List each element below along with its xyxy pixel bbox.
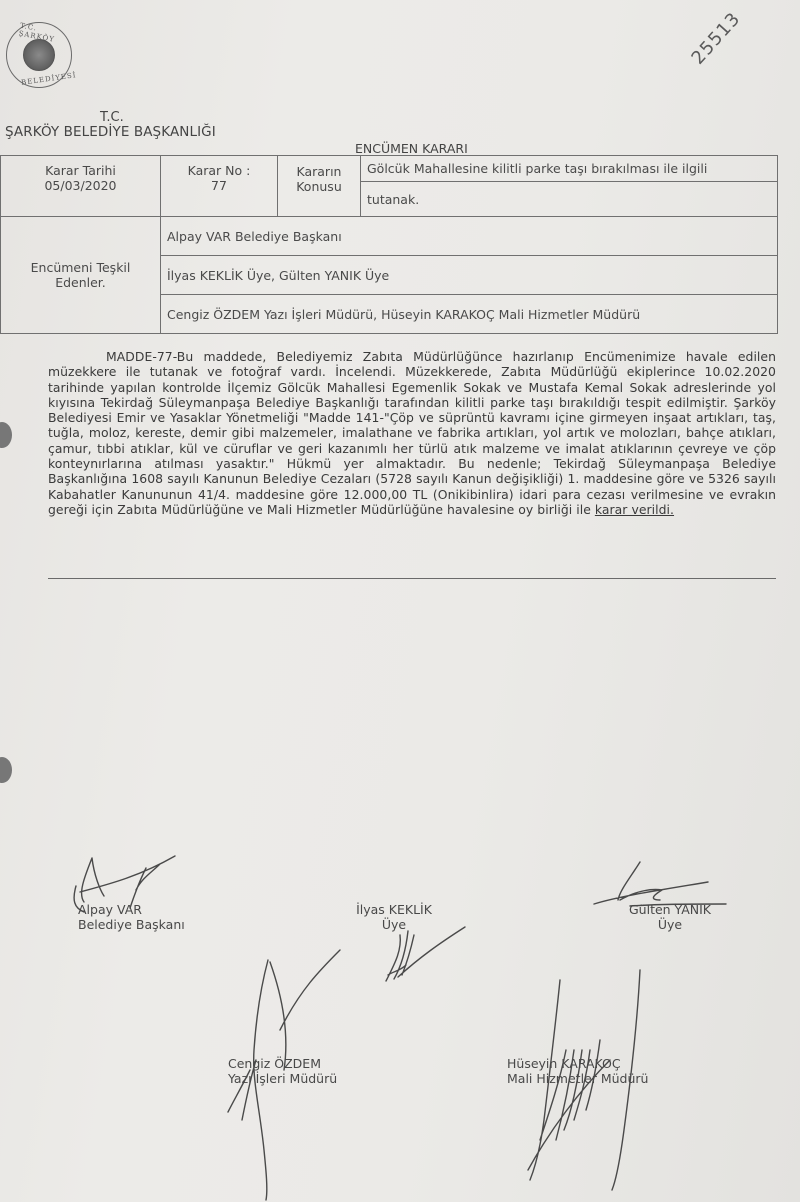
subject-line-1: Gölcük Mahallesine kilitli parke taşı bı… [361,156,778,182]
punch-hole [0,422,12,448]
decision-paragraph: MADDE-77-Bu maddede, Belediyemiz Zabıta … [48,349,776,517]
republic-label: T.C. [100,110,124,125]
signatory-title: Belediye Başkanı [78,917,185,932]
decision-body: MADDE-77-Bu maddede, Belediyemiz Zabıta … [48,349,776,517]
subject-label-line-1: Kararın [278,164,360,179]
council-label-line-2: Edenler. [1,275,160,290]
seal-emblem-icon [23,39,55,71]
decision-meta-table: Karar Tarihi 05/03/2020 Karar No : 77 Ka… [0,155,778,334]
council-member-row: Cengiz ÖZDEM Yazı İşleri Müdürü, Hüseyin… [161,295,778,334]
signatory-huseyin-karakoc: Hüseyin KARAKOÇ Mali Hizmetler Müdürü [507,1056,648,1086]
decision-date-label: Karar Tarihi [1,163,160,178]
signatory-alpay-var: Alpay VAR Belediye Başkanı [78,902,185,932]
decision-number-value: 77 [161,178,277,193]
signatory-gulten-yanik: Gülten YANIK Üye [610,902,730,932]
subject-line-2: tutanak. [361,182,778,217]
punch-hole [0,757,12,783]
decision-number-label: Karar No : [161,163,277,178]
signatory-name: Alpay VAR [78,902,185,917]
registry-number: 25513 [687,8,744,68]
council-member-row: İlyas KEKLİK Üye, Gülten YANIK Üye [161,256,778,295]
signatory-title: Üye [610,917,730,932]
signatory-name: İlyas KEKLİK [345,902,443,917]
subject-label-cell: Kararın Konusu [278,156,361,217]
signatory-name: Cengiz ÖZDEM [228,1056,337,1071]
signatory-cengiz-ozdem: Cengiz ÖZDEM Yazı İşleri Müdürü [228,1056,337,1086]
decision-number-cell: Karar No : 77 [161,156,278,217]
signatory-title: Yazı İşleri Müdürü [228,1071,337,1086]
decision-closing: karar verildi. [595,502,674,517]
seal-bottom-text: BELEDİYESİ [21,71,77,87]
document-type-title: ENCÜMEN KARARI [355,141,468,156]
signature-ilyas-keklik [380,925,470,985]
institution-title: ŞARKÖY BELEDİYE BAŞKANLIĞI [5,124,216,140]
signatory-title: Mali Hizmetler Müdürü [507,1071,648,1086]
council-member-row: Alpay VAR Belediye Başkanı [161,217,778,256]
council-label-line-1: Encümeni Teşkil [1,260,160,275]
decision-date-cell: Karar Tarihi 05/03/2020 [1,156,161,217]
decision-date-value: 05/03/2020 [1,178,160,193]
council-label-cell: Encümeni Teşkil Edenler. [1,217,161,334]
signatory-name: Hüseyin KARAKOÇ [507,1056,648,1071]
municipality-seal: T.C. ŞARKÖY BELEDİYESİ [6,22,72,88]
subject-label-line-2: Konusu [278,179,360,194]
body-divider [48,578,776,579]
signatory-name: Gülten YANIK [610,902,730,917]
